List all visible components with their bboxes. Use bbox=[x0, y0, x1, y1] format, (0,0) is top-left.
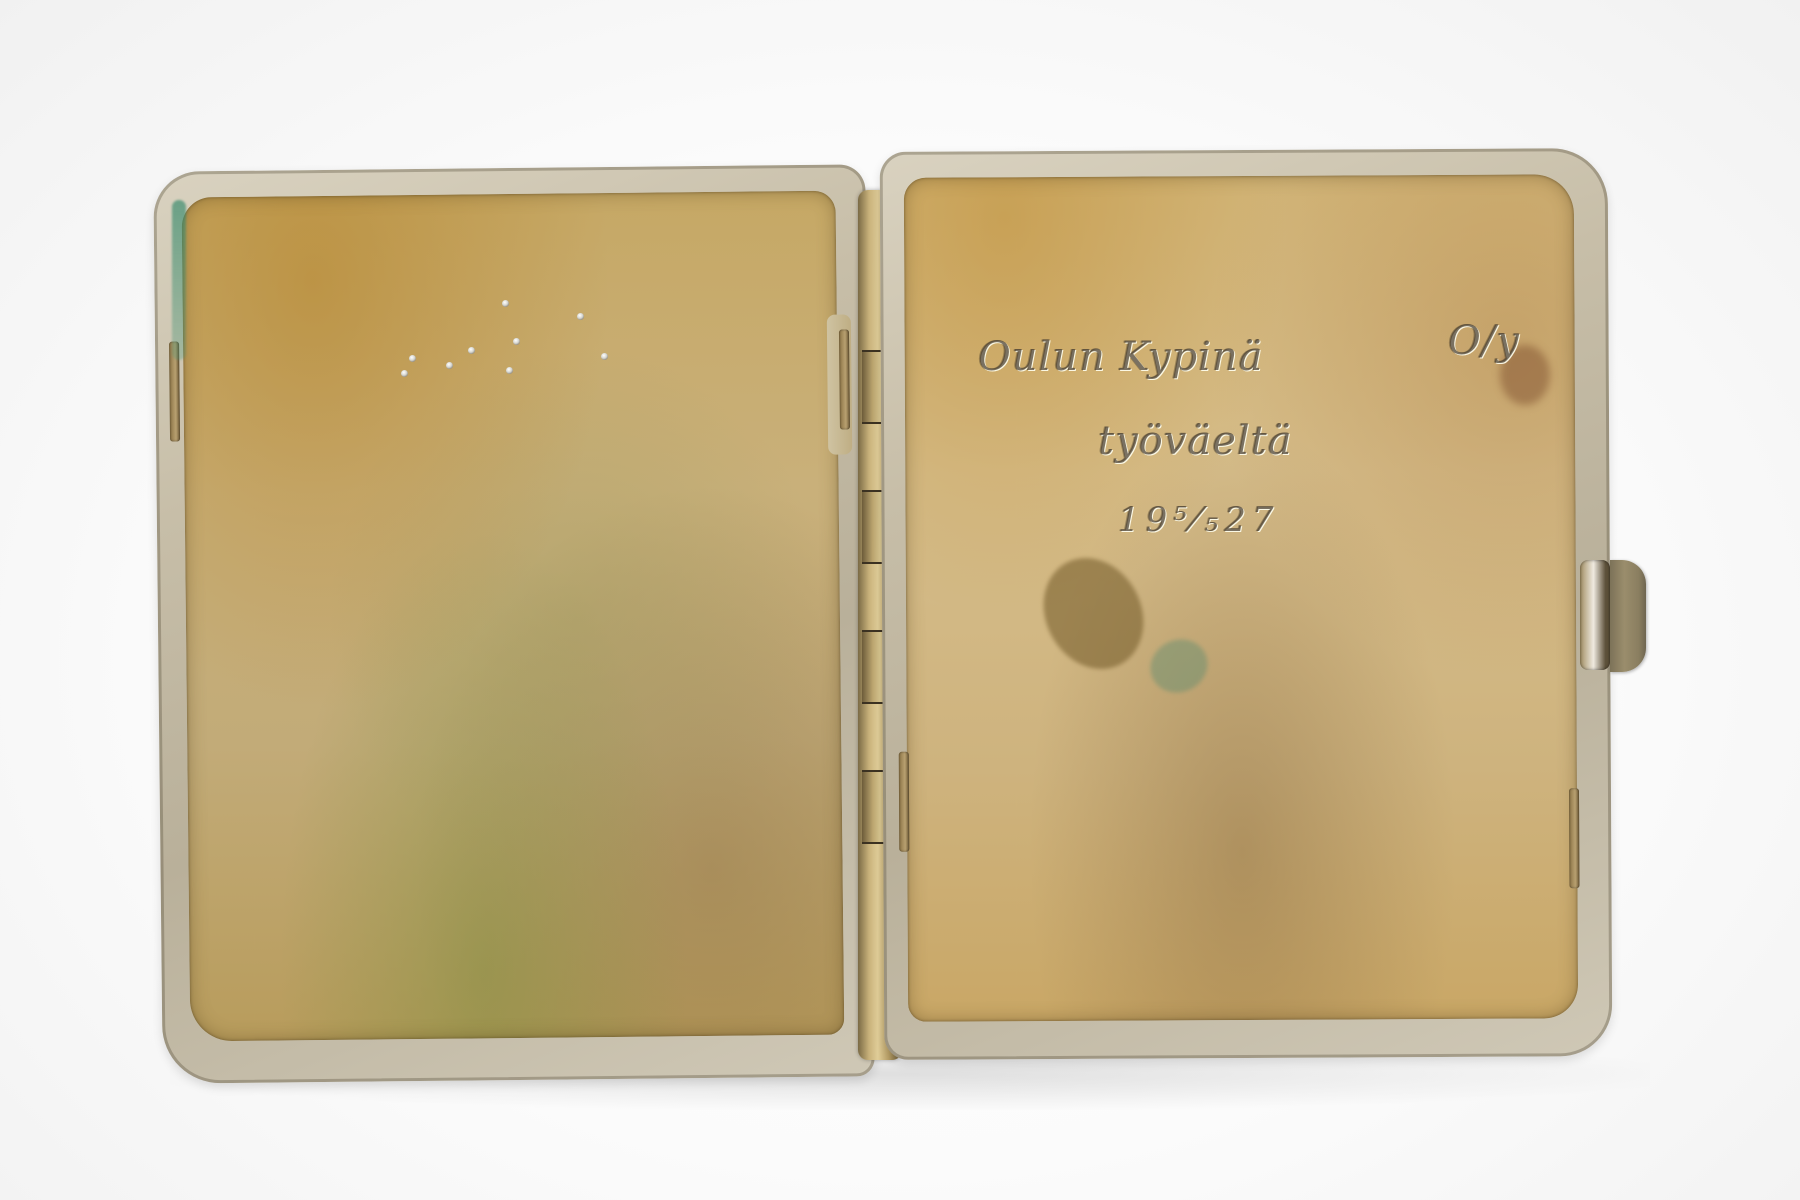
right-gilt-interior bbox=[904, 174, 1578, 1021]
case-right-lid bbox=[880, 148, 1613, 1060]
hallmark-dot bbox=[502, 300, 509, 307]
hallmark-dot bbox=[409, 355, 416, 362]
inscription-line-1: Oulun Kypinä bbox=[978, 334, 1264, 380]
hallmark-dot bbox=[506, 367, 513, 374]
inscription-company-mark: O/y bbox=[1448, 318, 1520, 364]
engraved-inscription: Oulun Kypinä O/y työväeltä 19⁵⁄₅27 bbox=[978, 318, 1558, 558]
case-left-lid bbox=[153, 164, 875, 1083]
right-slot-right bbox=[1569, 788, 1580, 888]
left-gilt-interior bbox=[182, 191, 845, 1042]
hallmark-dot bbox=[513, 338, 520, 345]
clasp-plate bbox=[1580, 560, 1610, 670]
green-patina-stain bbox=[172, 200, 186, 360]
inscription-line-2: työväeltä bbox=[1098, 418, 1293, 464]
hallmark-dot bbox=[401, 370, 408, 377]
hallmark-dot bbox=[601, 353, 608, 360]
hallmark-dot bbox=[577, 313, 584, 320]
right-slot-left bbox=[899, 752, 910, 852]
inscription-date: 19⁵⁄₅27 bbox=[1118, 500, 1279, 540]
left-slot-top-right bbox=[839, 329, 850, 429]
hallmark-dot bbox=[446, 362, 453, 369]
clasp-push-button[interactable] bbox=[1610, 560, 1646, 672]
hallmark-dot bbox=[468, 347, 475, 354]
